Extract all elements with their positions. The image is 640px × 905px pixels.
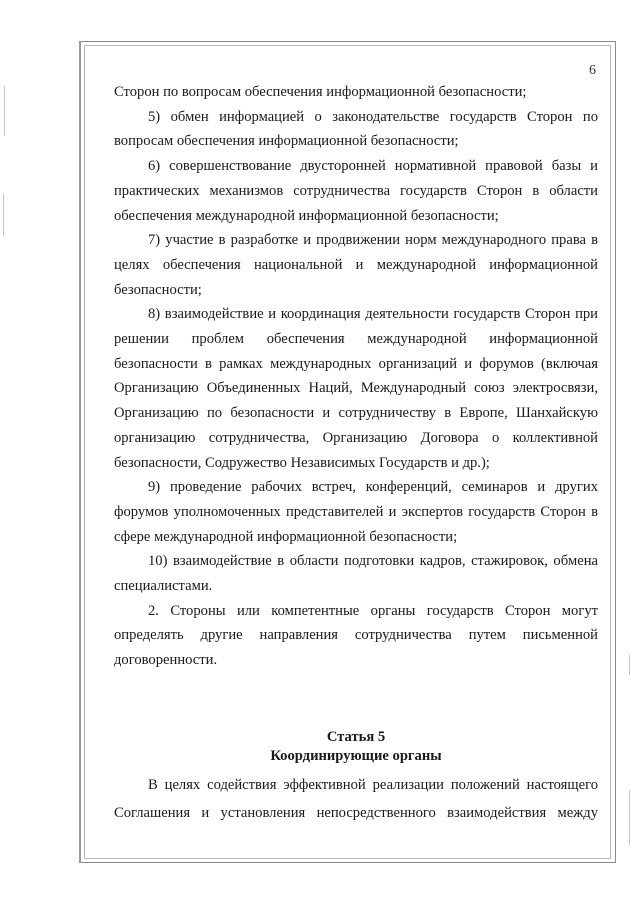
page-number: 6 bbox=[589, 63, 596, 79]
paragraph-clause-2: 2. Стороны или компетентные органы госуд… bbox=[114, 599, 598, 673]
paragraph-item-10: 10) взаимодействие в области подготовки … bbox=[114, 549, 598, 598]
paragraph-continuation: Сторон по вопросам обеспечения информаци… bbox=[114, 80, 598, 105]
document-body: Сторон по вопросам обеспечения информаци… bbox=[114, 80, 598, 673]
article-body: В целях содействия эффективной реализаци… bbox=[114, 771, 598, 827]
scan-artifact bbox=[629, 655, 630, 675]
article-title: Координирующие органы bbox=[114, 747, 598, 766]
paragraph-item-6: 6) совершенствование двусторонней нормат… bbox=[114, 154, 598, 228]
article-heading: Статья 5 Координирующие органы bbox=[114, 728, 598, 766]
article-paragraph: В целях содействия эффективной реализаци… bbox=[114, 771, 598, 827]
paragraph-item-9: 9) проведение рабочих встреч, конференци… bbox=[114, 475, 598, 549]
article-number: Статья 5 bbox=[114, 728, 598, 747]
scan-artifact bbox=[629, 790, 630, 845]
paragraph-item-5: 5) обмен информацией о законодательстве … bbox=[114, 105, 598, 154]
paragraph-item-7: 7) участие в разработке и продвижении но… bbox=[114, 228, 598, 302]
scan-artifact bbox=[4, 86, 5, 136]
paragraph-item-8: 8) взаимодействие и координация деятельн… bbox=[114, 302, 598, 475]
scan-artifact bbox=[3, 194, 4, 236]
